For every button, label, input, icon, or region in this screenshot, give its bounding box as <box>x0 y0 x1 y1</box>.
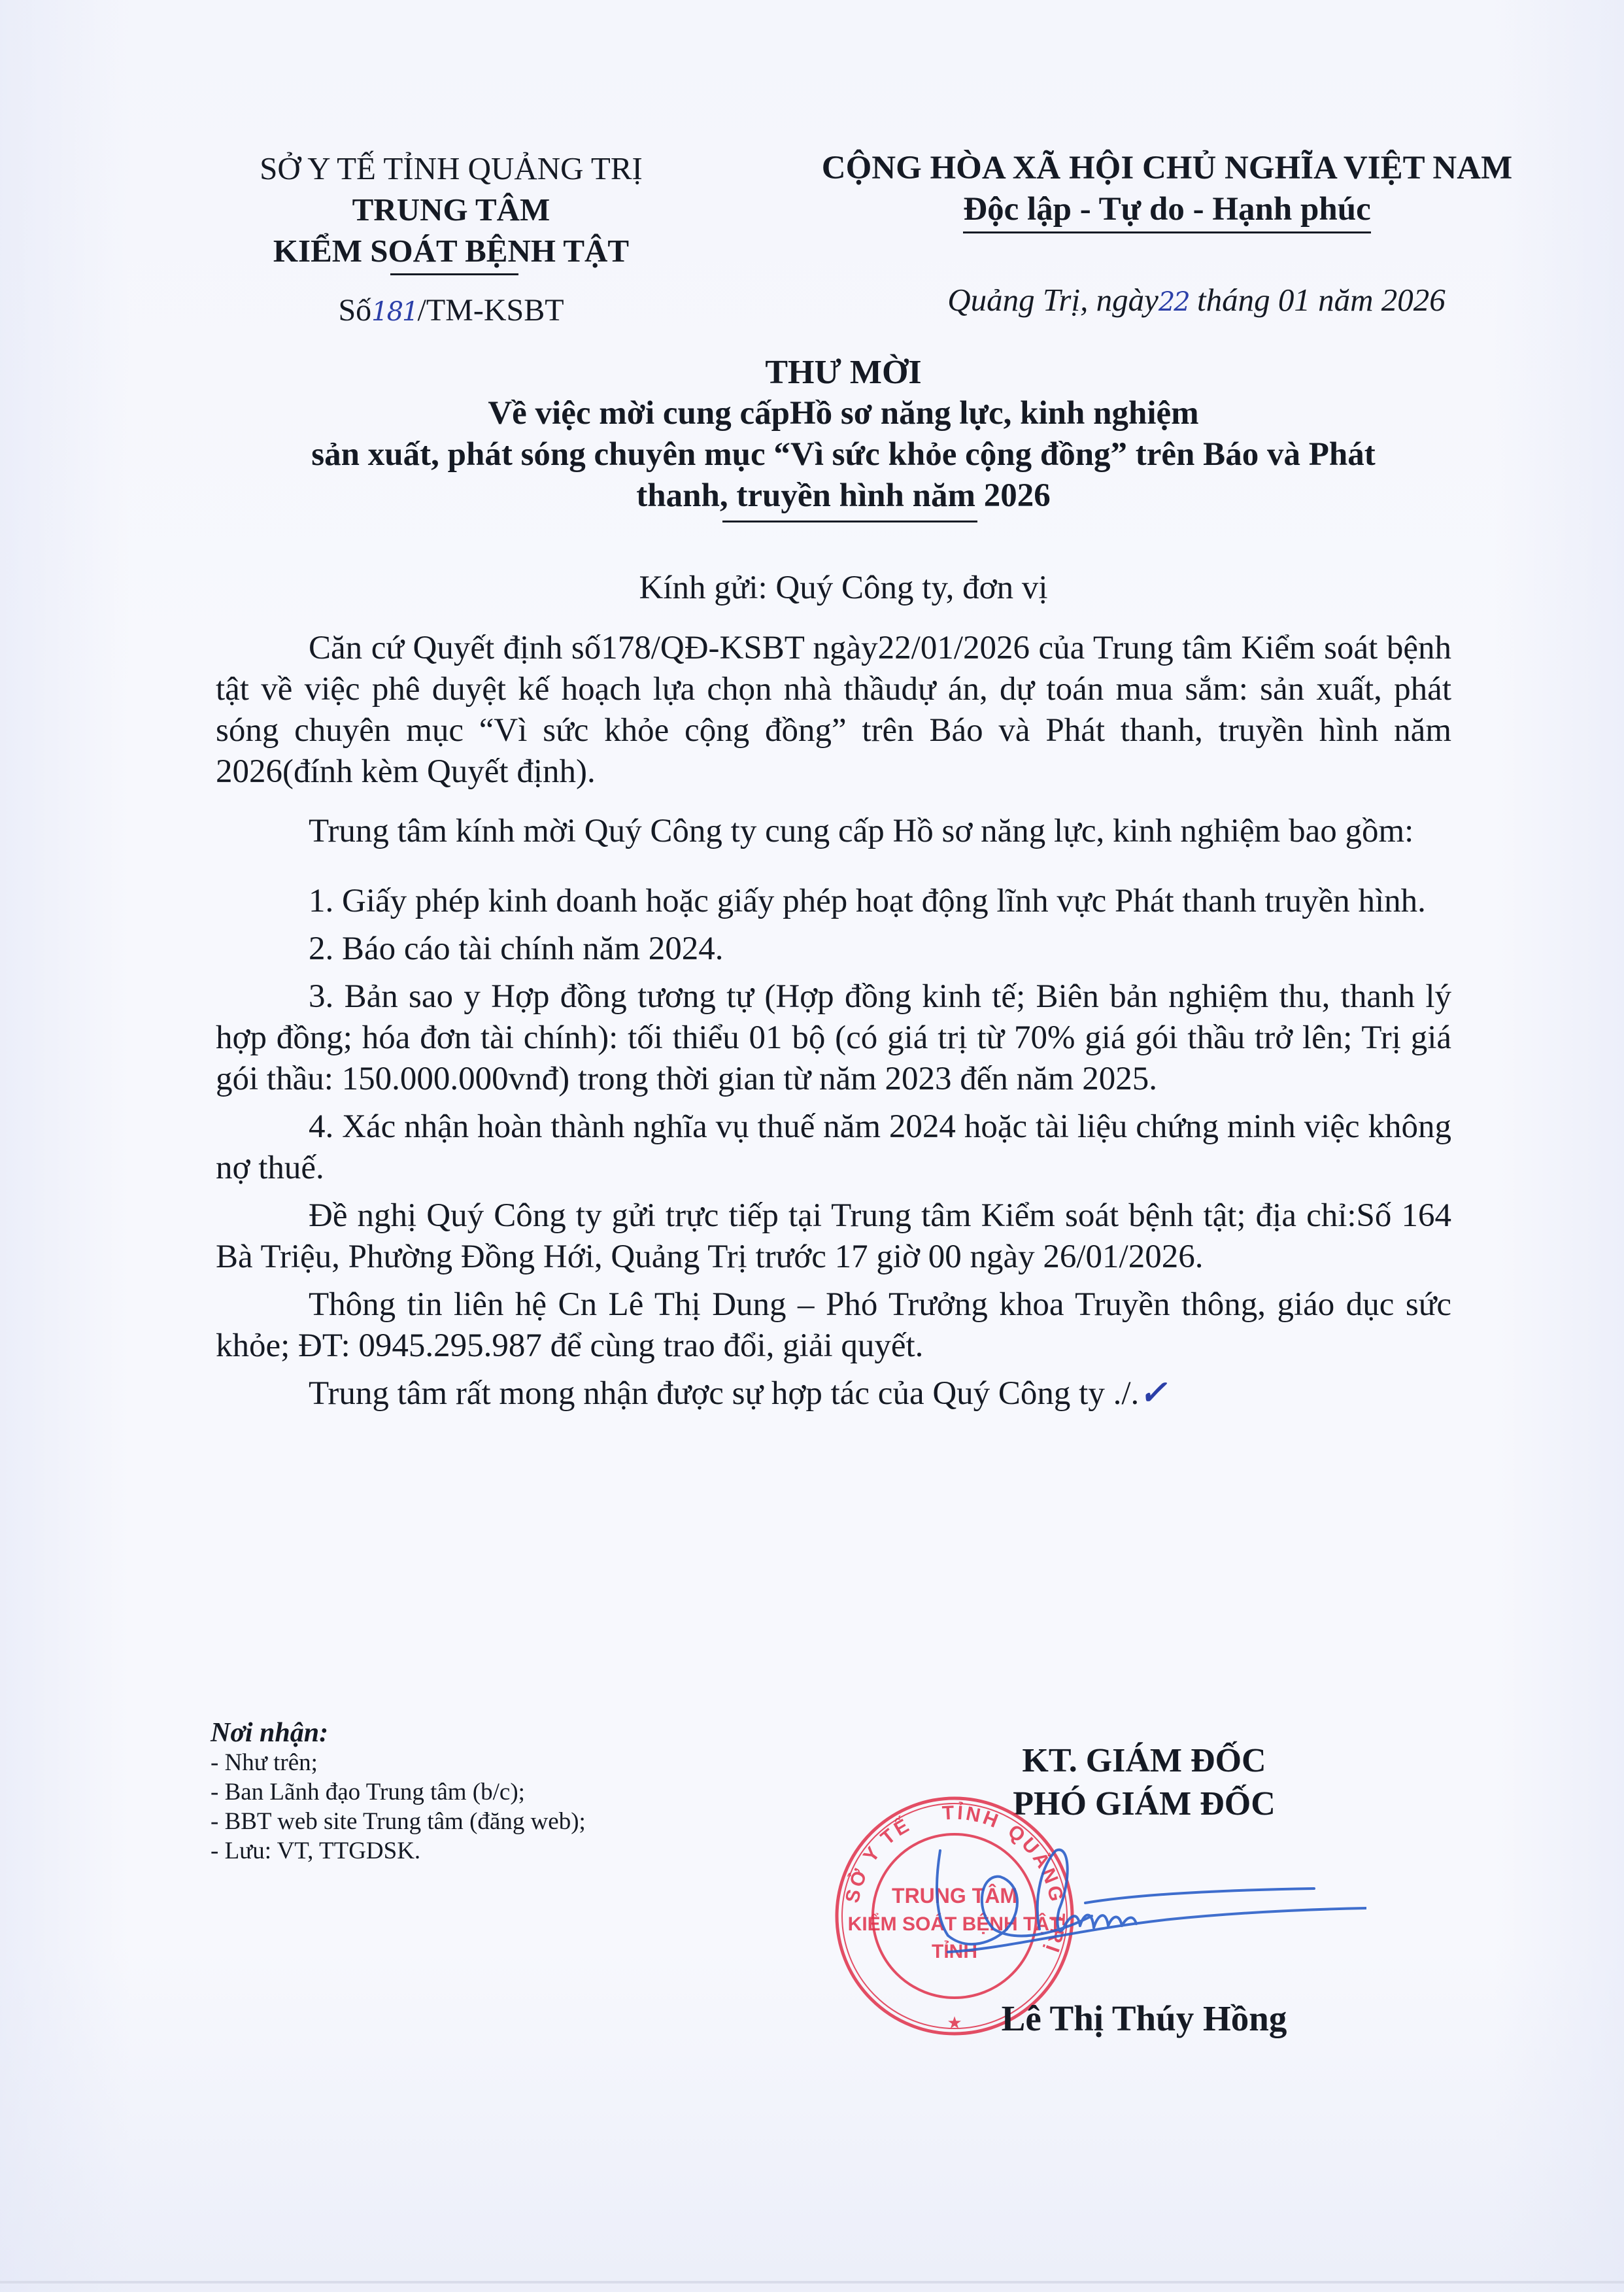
requirement-item: 2. Báo cáo tài chính năm 2024. <box>216 929 1451 970</box>
requirement-item: 3. Bản sao y Hợp đồng tương tự (Hợp đồng… <box>216 976 1451 1100</box>
letter-body: Căn cứ Quyết định số178/QĐ-KSBT ngày22/0… <box>216 628 1451 1414</box>
recipient-item: - BBT web site Trung tâm (đăng web); <box>211 1807 707 1836</box>
checkmark-icon: ✓ <box>1139 1375 1167 1412</box>
recipient-item: - Lưu: VT, TTGDSK. <box>211 1836 707 1866</box>
nation-header: CỘNG HÒA XÃ HỘI CHỦ NGHĨA VIỆT NAM Độc l… <box>768 148 1566 233</box>
place-date: Quảng Trị, ngày22 tháng 01 năm 2026 <box>870 281 1523 318</box>
handwritten-signature-icon <box>909 1838 1366 1968</box>
document-number: Số181/TM-KSBT <box>216 290 686 333</box>
title-subtitle-1: Về việc mời cung cấpHồ sơ năng lực, kinh… <box>216 393 1471 434</box>
signature-line1: KT. GIÁM ĐỐC <box>915 1739 1373 1783</box>
recipient-item: - Ban Lãnh đạo Trung tâm (b/c); <box>211 1777 707 1807</box>
paragraph-invitation: Trung tâm kính mời Quý Công ty cung cấp … <box>216 811 1451 852</box>
agency-name-line1: TRUNG TÂM <box>216 189 686 230</box>
paragraph-closing: Trung tâm rất mong nhận được sự hợp tác … <box>216 1373 1451 1414</box>
document-title: THƯ MỜI Về việc mời cung cấpHồ sơ năng l… <box>216 352 1471 522</box>
paragraph-submission: Đề nghị Quý Công ty gửi trực tiếp tại Tr… <box>216 1195 1451 1278</box>
date-suffix: tháng 01 năm 2026 <box>1189 282 1446 318</box>
recipients-title: Nơi nhận: <box>211 1719 707 1748</box>
title-main: THƯ MỜI <box>216 352 1471 393</box>
title-subtitle-2: sản xuất, phát sóng chuyên mục “Vì sức k… <box>216 434 1471 475</box>
salutation: Kính gửi: Quý Công ty, đơn vị <box>216 569 1471 607</box>
page-edge <box>0 2281 1624 2283</box>
agency-parent: SỞ Y TẾ TỈNH QUẢNG TRỊ <box>216 148 686 189</box>
date-prefix: Quảng Trị, ngày <box>947 282 1159 318</box>
title-underline <box>722 521 977 522</box>
national-motto: Độc lập - Tự do - Hạnh phúc <box>963 189 1370 233</box>
agency-header: SỞ Y TẾ TỈNH QUẢNG TRỊ TRUNG TÂM KIỂM SO… <box>216 148 686 333</box>
paragraph-contact: Thông tin liên hệ Cn Lê Thị Dung – Phó T… <box>216 1284 1451 1367</box>
recipients-list: Nơi nhận: - Như trên; - Ban Lãnh đạo Tru… <box>211 1719 707 1866</box>
agency-name-line2: KIỂM SOÁT BỆNH TẬT <box>273 230 629 271</box>
date-day-handwritten: 22 <box>1159 287 1189 317</box>
paragraph-basis: Căn cứ Quyết định số178/QĐ-KSBT ngày22/0… <box>216 628 1451 793</box>
requirement-item: 4. Xác nhận hoàn thành nghĩa vụ thuế năm… <box>216 1106 1451 1189</box>
recipient-item: - Như trên; <box>211 1748 707 1777</box>
requirement-item: 1. Giấy phép kinh doanh hoặc giấy phép h… <box>216 881 1451 922</box>
doc-number-suffix: /TM-KSBT <box>418 293 564 328</box>
doc-number-prefix: Số <box>338 293 371 328</box>
closing-text: Trung tâm rất mong nhận được sự hợp tác … <box>309 1375 1139 1412</box>
doc-number-handwritten: 181 <box>371 297 417 327</box>
signer-name: Lê Thị Thúy Hồng <box>915 1998 1373 2039</box>
title-subtitle-3: thanh, truyền hình năm 2026 <box>216 475 1471 517</box>
nation-name: CỘNG HÒA XÃ HỘI CHỦ NGHĨA VIỆT NAM <box>768 148 1566 189</box>
